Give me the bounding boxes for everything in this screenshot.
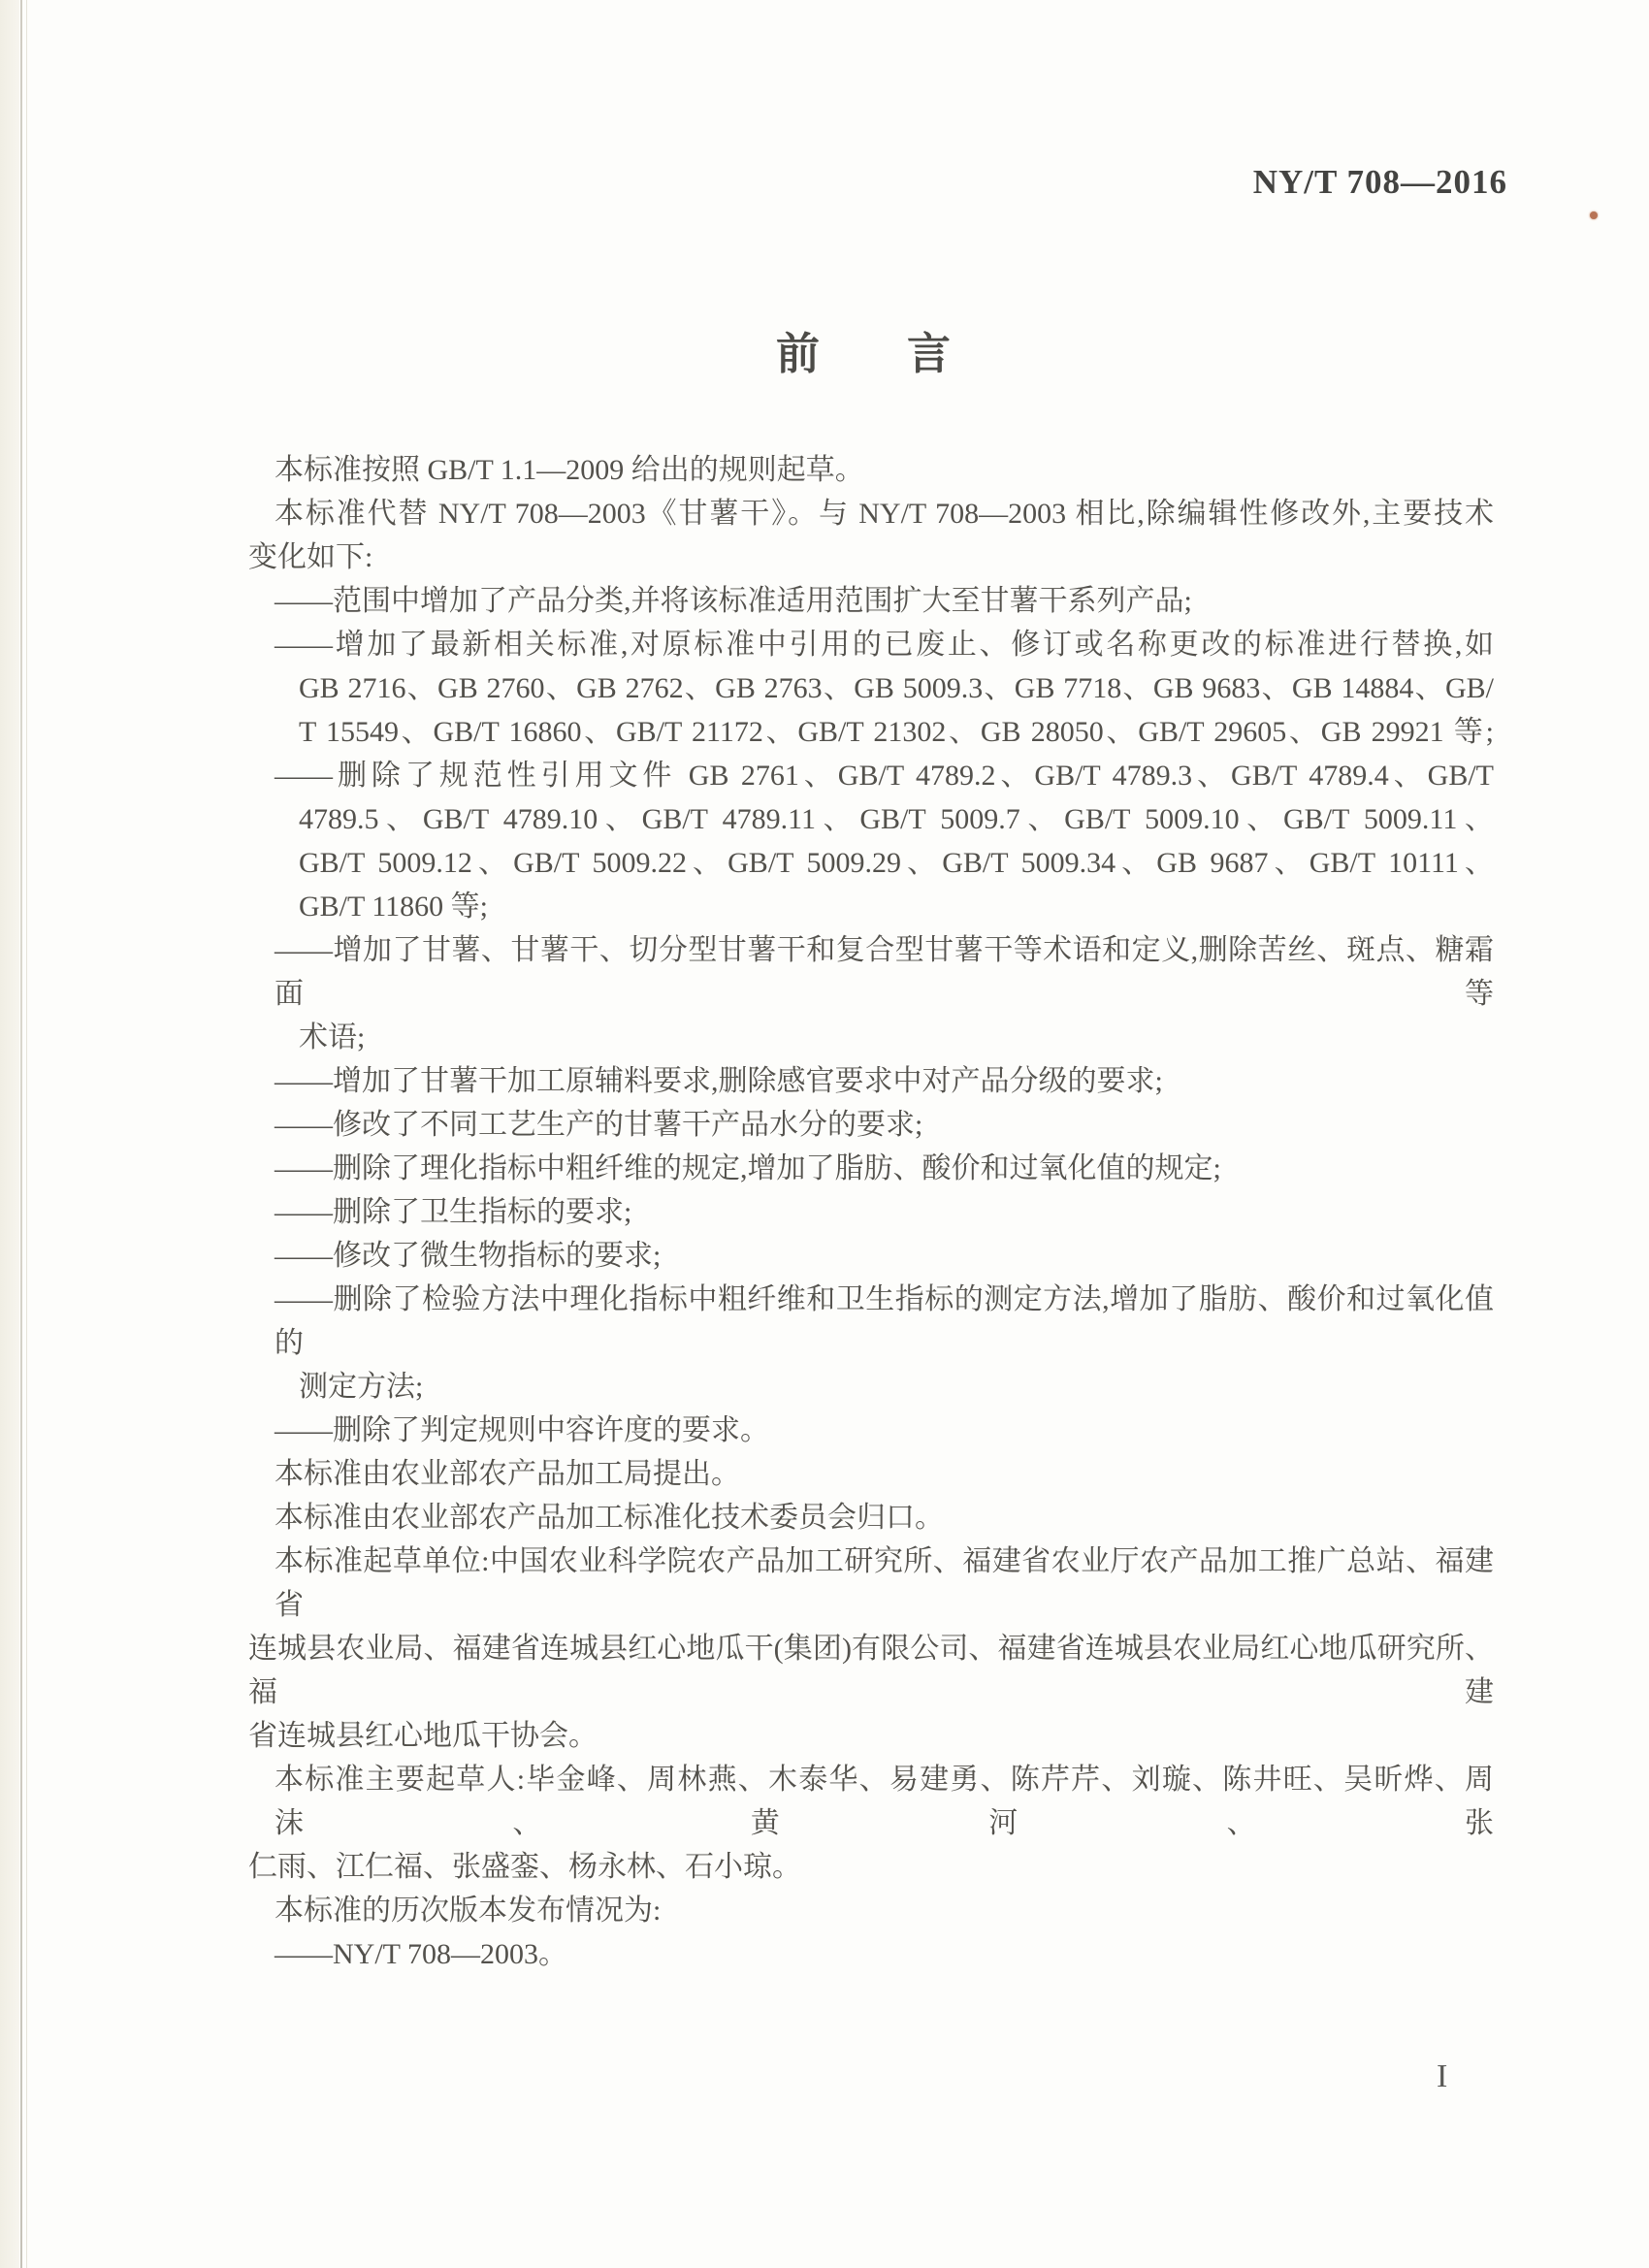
body-line: ——修改了不同工艺生产的甘薯干产品水分的要求; <box>248 1103 1494 1147</box>
body-line: ——删除了理化指标中粗纤维的规定,增加了脂肪、酸价和过氧化值的规定; <box>248 1147 1494 1190</box>
body-line: 测定方法; <box>248 1365 1494 1409</box>
body-line: ——删除了规范性引用文件 GB 2761、GB/T 4789.2、GB/T 47… <box>248 754 1494 797</box>
body-line: ——增加了甘薯干加工原辅料要求,删除感官要求中对产品分级的要求; <box>248 1059 1494 1103</box>
standard-code-header: NY/T 708—2016 <box>1253 163 1507 202</box>
red-ink-dot-artifact <box>1590 211 1598 219</box>
body-line: T 15549、GB/T 16860、GB/T 21172、GB/T 21302… <box>248 710 1494 754</box>
body-line: 本标准由农业部农产品加工局提出。 <box>248 1452 1494 1496</box>
body-line: 变化如下: <box>248 535 1494 579</box>
page-number: I <box>1437 2058 1447 2095</box>
body-line: ——删除了卫生指标的要求; <box>248 1190 1494 1234</box>
body-line: 本标准由农业部农产品加工标准化技术委员会归口。 <box>248 1496 1494 1539</box>
body-line: ——增加了最新相关标准,对原标准中引用的已废止、修订或名称更改的标准进行替换,如 <box>248 623 1494 666</box>
body-line: 本标准主要起草人:毕金峰、周林燕、木泰华、易建勇、陈芹芹、刘璇、陈井旺、吴昕烨、… <box>248 1758 1494 1845</box>
body-line: GB/T 11860 等; <box>248 885 1494 928</box>
body-line: 本标准代替 NY/T 708—2003《甘薯干》。与 NY/T 708—2003… <box>248 492 1494 535</box>
body-line: 省连城县红心地瓜干协会。 <box>248 1714 1494 1758</box>
foreword-title: 前 言 <box>39 318 1649 381</box>
body-line: ——删除了判定规则中容许度的要求。 <box>248 1409 1494 1452</box>
body-line: GB 2716、GB 2760、GB 2762、GB 2763、GB 5009.… <box>248 666 1494 710</box>
body-line: 仁雨、江仁福、张盛銮、杨永林、石小琼。 <box>248 1845 1494 1889</box>
body-line: 术语; <box>248 1016 1494 1059</box>
paper-edge-strip <box>0 0 19 2268</box>
body-line: 连城县农业局、福建省连城县红心地瓜干(集团)有限公司、福建省连城县农业局红心地瓜… <box>248 1627 1494 1714</box>
scanned-standard-page: NY/T 708—2016 前 言 本标准按照 GB/T 1.1—2009 给出… <box>0 0 1649 2268</box>
body-line: ——增加了甘薯、甘薯干、切分型甘薯干和复合型甘薯干等术语和定义,删除苦丝、斑点、… <box>248 928 1494 1016</box>
body-line: 4789.5、GB/T 4789.10、GB/T 4789.11、GB/T 50… <box>248 797 1494 841</box>
body-line: 本标准起草单位:中国农业科学院农产品加工研究所、福建省农业厅农产品加工推广总站、… <box>248 1539 1494 1627</box>
body-line: ——范围中增加了产品分类,并将该标准适用范围扩大至甘薯干系列产品; <box>248 579 1494 623</box>
foreword-body-text: 本标准按照 GB/T 1.1—2009 给出的规则起草。本标准代替 NY/T 7… <box>248 448 1494 1976</box>
body-line: GB/T 5009.12、GB/T 5009.22、GB/T 5009.29、G… <box>248 841 1494 885</box>
page-fold-line <box>20 0 22 2268</box>
body-line: 本标准按照 GB/T 1.1—2009 给出的规则起草。 <box>248 448 1494 492</box>
body-line: ——删除了检验方法中理化指标中粗纤维和卫生指标的测定方法,增加了脂肪、酸价和过氧… <box>248 1278 1494 1365</box>
body-line: ——修改了微生物指标的要求; <box>248 1234 1494 1278</box>
body-line: ——NY/T 708—2003。 <box>248 1932 1494 1976</box>
body-line: 本标准的历次版本发布情况为: <box>248 1889 1494 1932</box>
page-fold-line-secondary <box>26 0 27 2268</box>
